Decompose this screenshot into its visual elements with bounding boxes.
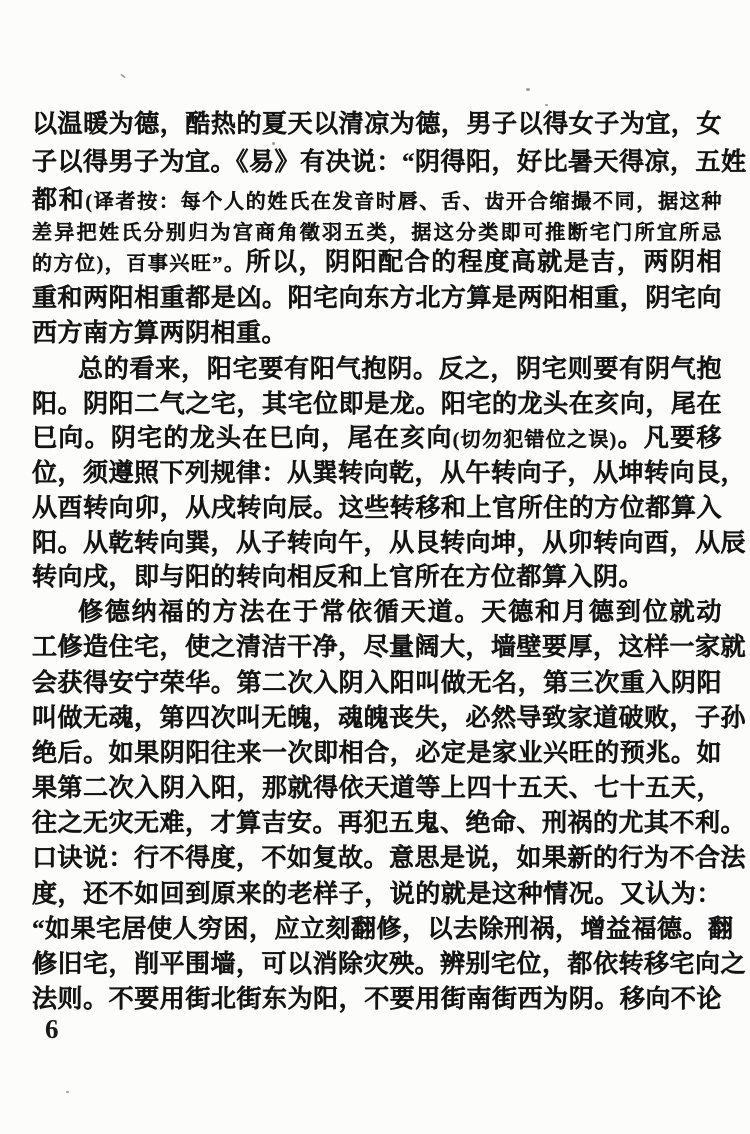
main-text: 果第二次入阴入阳，那就得依天道等上四十五天、七十五天， [32, 775, 722, 802]
text-line: 修旧宅，削平围墙，可以消除灾殃。辨别宅位，都依转移宅向之 [32, 949, 722, 980]
text-line: 转向戌，即与阳的转向相反和上官所在方位都算入阴。 [32, 562, 722, 593]
scan-speck [545, 104, 548, 106]
main-text: 子以得男子为宜。《易》有决说：“阴得阳，好比暑天得凉，五姓 [32, 149, 747, 176]
main-text: 往之无灾无难，才算吉安。再犯五鬼、绝命、刑祸的尤其不利。 [32, 810, 746, 837]
main-text: 总的看来，阳宅要有阳气抱阴。反之，阴宅则要有阴气抱 [78, 356, 722, 383]
text-line: 都和(译者按：每个人的姓氏在发音时唇、舌、齿开合缩撮不同，据这种 [32, 185, 722, 216]
main-text: 位，须遵照下列规律：从巽转向乾，从午转向子，从坤转向艮， [32, 460, 746, 487]
text-line: 位，须遵照下列规律：从巽转向乾，从午转向子，从坤转向艮， [32, 458, 722, 489]
main-text: 会获得安宁荣华。第二次入阴入阳叫做无名，第三次重入阴阳 [32, 670, 722, 697]
scan-speck [272, 142, 275, 145]
text-line: 从酉转向卯，从戌转向辰。这些转移和上官所住的方位都算入 [32, 493, 722, 524]
text-line: 阳。阴阳二气之宅，其宅位即是龙。阳宅的龙头在亥向，尾在 [32, 389, 722, 420]
text-line: 重和两阳相重都是凶。阳宅向东方北方算是两阳相重，阴宅向 [32, 283, 722, 314]
main-text: 绝后。如果阴阳往来一次即相合，必定是家业兴旺的预兆。如 [32, 740, 722, 767]
text-line: 会获得安宁荣华。第二次入阴入阳叫做无名，第三次重入阴阳 [32, 668, 722, 699]
main-text: 以温暖为德，酷热的夏天以清凉为德，男子以得女子为宜，女 [32, 111, 722, 138]
text-line: 总的看来，阳宅要有阳气抱阴。反之，阴宅则要有阴气抱 [32, 354, 722, 385]
text-line: 子以得男子为宜。《易》有决说：“阴得阳，好比暑天得凉，五姓 [32, 147, 722, 178]
main-text: 阳。阴阳二气之宅，其宅位即是龙。阳宅的龙头在亥向，尾在 [32, 391, 722, 418]
main-text: 。凡要移 [617, 425, 722, 452]
text-line: 口诀说：行不得度，不如复故。意思是说，如果新的行为不合法 [32, 843, 722, 874]
main-text: 巳向。阴宅的龙头在巳向，尾在亥向 [32, 425, 453, 452]
main-text: 度，还不如回到原来的老样子，说的就是这种情况。又认为： [32, 881, 722, 908]
text-line: 以温暖为德，酷热的夏天以清凉为德，男子以得女子为宜，女 [32, 109, 722, 140]
scan-speck [526, 88, 530, 91]
main-text: 阳。从乾转向巽，从子转向午，从艮转向坤，从卯转向酉，从辰 [32, 530, 746, 557]
main-text: 法则。不要用街北街东为阳，不要用街南街西为阴。移向不论 [32, 986, 722, 1013]
main-text: 叫做无魂，第四次叫无魄，魂魄丧失，必然导致家道破败，子孙 [32, 705, 746, 732]
annotation-text: (切勿犯错位之误) [453, 429, 617, 451]
main-text: 从酉转向卯，从戌转向辰。这些转移和上官所住的方位都算入 [32, 495, 722, 522]
annotation-text: (译者按：每个人的姓氏在发音时唇、舌、齿开合缩撮不同，据这种 [85, 191, 722, 213]
text-line: 修德纳福的方法在于常依循天道。天德和月德到位就动 [32, 597, 722, 628]
main-text: 转向戌，即与阳的转向相反和上官所在方位都算入阴。 [32, 564, 644, 591]
text-line: 阳。从乾转向巽，从子转向午，从艮转向坤，从卯转向酉，从辰 [32, 528, 722, 559]
text-line: 工修造住宅，使之清洁干净，尽量阔大，墙壁要厚，这样一家就 [32, 632, 722, 663]
text-line: 往之无灾无难，才算吉安。再犯五鬼、绝命、刑祸的尤其不利。 [32, 808, 722, 839]
annotation-text: 的方位)，百事兴旺”。 [32, 253, 245, 275]
main-text: 重和两阳相重都是凶。阳宅向东方北方算是两阳相重，阴宅向 [32, 285, 722, 312]
main-text: 修德纳福的方法在于常依循天道。天德和月德到位就动 [78, 599, 722, 626]
text-line: “如果宅居使人穷困，应立刻翻修，以去除刑祸，增益福德。翻 [32, 914, 722, 945]
main-text: 西方南方算两阴相重。 [32, 320, 287, 347]
text-line: 叫做无魂，第四次叫无魄，魂魄丧失，必然导致家道破败，子孙 [32, 703, 722, 734]
text-line: 巳向。阴宅的龙头在巳向，尾在亥向(切勿犯错位之误)。凡要移 [32, 423, 722, 454]
main-text: 所以，阴阳配合的程度高就是吉，两阴相 [245, 249, 722, 276]
main-text: 工修造住宅，使之清洁干净，尽量阔大，墙壁要厚，这样一家就 [32, 634, 746, 661]
main-text: “如果宅居使人穷困，应立刻翻修，以去除刑祸，增益福德。翻 [32, 916, 734, 943]
text-line: 的方位)，百事兴旺”。所以，阴阳配合的程度高就是吉，两阴相 [32, 247, 722, 278]
text-line: 差异把姓氏分别归为宫商角徵羽五类，据这分类即可推断宅门所宜所忌 [32, 216, 722, 247]
annotation-text: 差异把姓氏分别归为宫商角徵羽五类，据这分类即可推断宅门所宜所忌 [32, 222, 722, 244]
scan-speck [66, 1091, 69, 1093]
text-line: 法则。不要用街北街东为阳，不要用街南街西为阴。移向不论 [32, 984, 722, 1015]
scanned-page: 以温暖为德，酷热的夏天以清凉为德，男子以得女子为宜，女子以得男子为宜。《易》有决… [0, 0, 750, 1134]
text-line: 度，还不如回到原来的老样子，说的就是这种情况。又认为： [32, 879, 722, 910]
page-number: 6 [45, 1014, 59, 1045]
text-line: 西方南方算两阴相重。 [32, 318, 722, 349]
main-text: 口诀说：行不得度，不如复故。意思是说，如果新的行为不合法 [32, 845, 746, 872]
text-line: 果第二次入阴入阳，那就得依天道等上四十五天、七十五天， [32, 773, 722, 804]
body-text: 以温暖为德，酷热的夏天以清凉为德，男子以得女子为宜，女子以得男子为宜。《易》有决… [0, 0, 750, 1134]
main-text: 都和 [32, 187, 85, 214]
text-line: 绝后。如果阴阳往来一次即相合，必定是家业兴旺的预兆。如 [32, 738, 722, 769]
main-text: 修旧宅，削平围墙，可以消除灾殃。辨别宅位，都依转移宅向之 [32, 951, 746, 978]
